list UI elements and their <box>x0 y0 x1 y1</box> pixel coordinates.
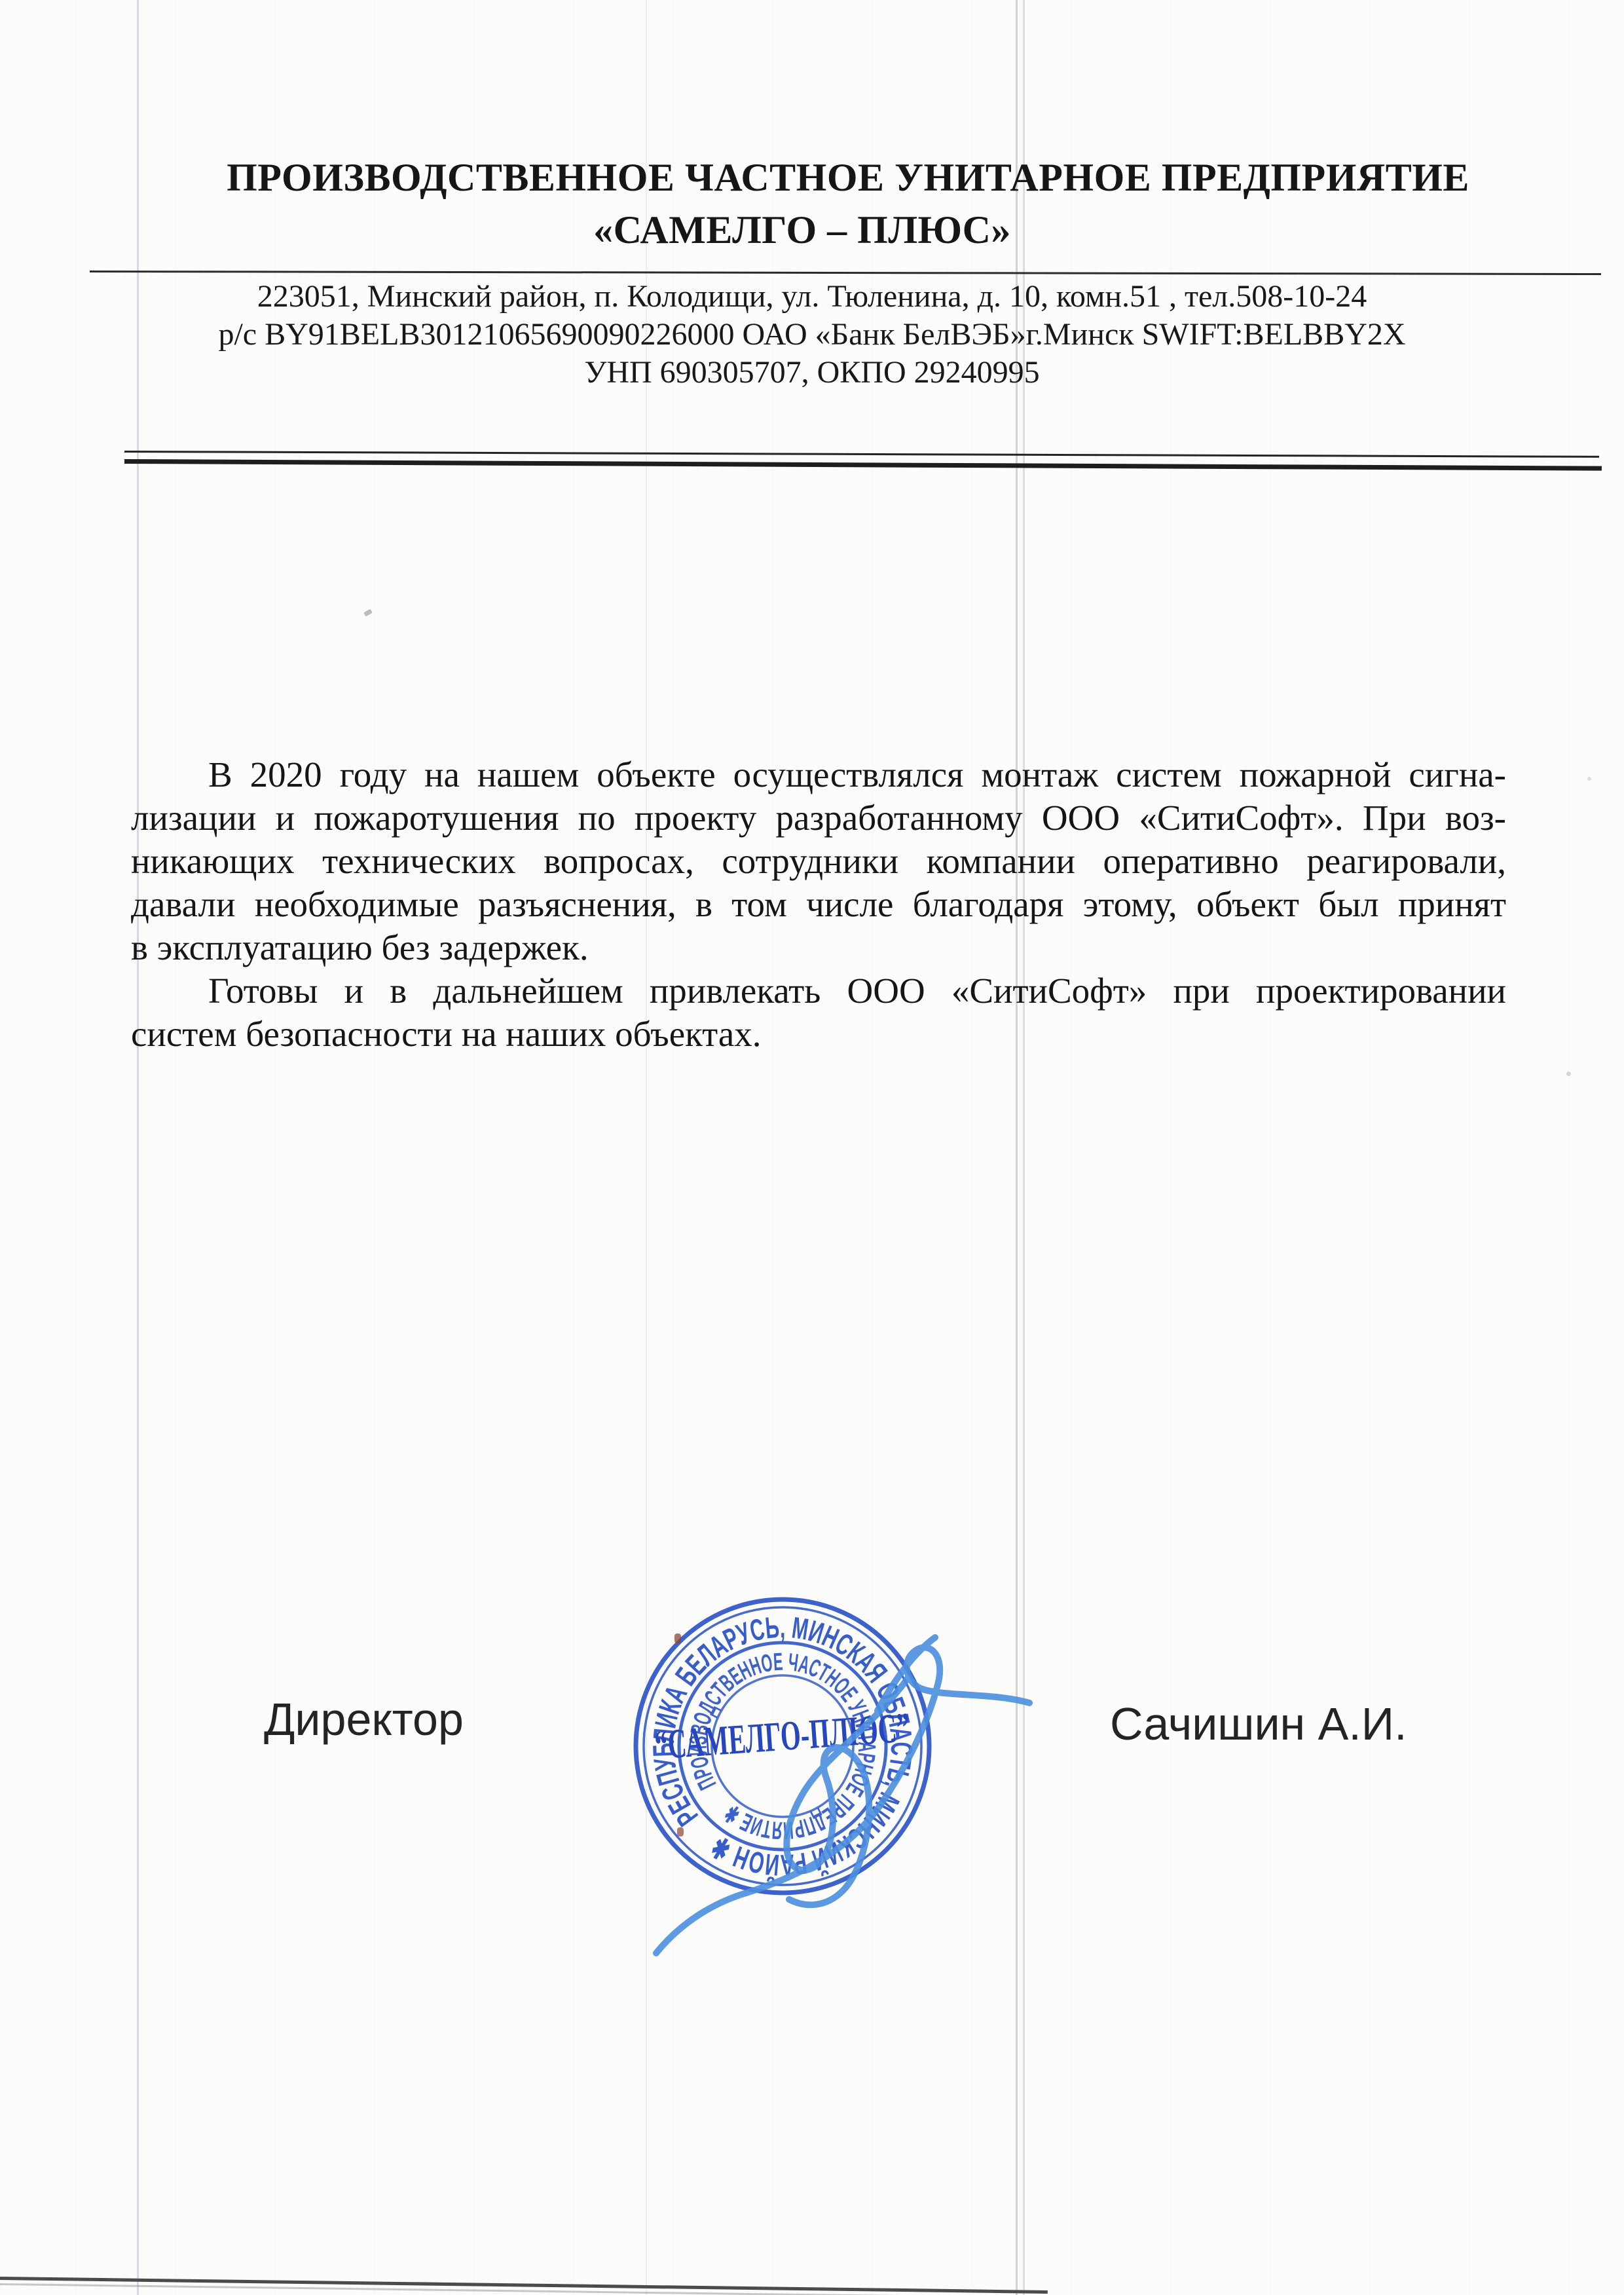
signer-role-label: Директор <box>264 1693 464 1745</box>
body-line: никающих технических вопросах, сотрудник… <box>131 840 1506 883</box>
scanned-letter-page: ПРОИЗВОДСТВЕННОЕ ЧАСТНОЕ УНИТАРНОЕ ПРЕДП… <box>0 0 1624 2295</box>
letterhead-double-rule-top <box>124 451 1599 458</box>
body-line: давали необходимые разъяснения, в том чи… <box>131 883 1506 926</box>
company-seal: РЕСПУБЛИКА БЕЛАРУСЬ, МИНСКАЯ ОБЛАСТЬ, МИ… <box>589 1546 1126 1978</box>
scan-speck <box>363 608 373 616</box>
seal-ink-speck <box>674 1633 681 1643</box>
body-line: В 2020 году на нашем объекте осуществлял… <box>131 753 1506 796</box>
seal-ink-speck <box>677 1827 684 1837</box>
company-title-line-1: ПРОИЗВОДСТВЕННОЕ ЧАСТНОЕ УНИТАРНОЕ ПРЕДП… <box>85 156 1611 199</box>
body-line: в эксплуатацию без задержек. <box>131 926 1506 969</box>
scan-speck <box>1566 1072 1571 1076</box>
scan-speck <box>1587 777 1591 781</box>
company-title-line-2: «САМЕЛГО – ПЛЮС» <box>39 208 1565 252</box>
body-line: систем безопасности на наших объектах. <box>131 1013 1506 1056</box>
address-line: 223051, Минский район, п. Колодищи, ул. … <box>65 278 1559 316</box>
address-line: УНП 690305707, ОКПО 29240995 <box>65 354 1559 392</box>
letterhead-divider <box>90 271 1601 275</box>
company-address-block: 223051, Минский район, п. Колодищи, ул. … <box>65 278 1559 392</box>
body-line: Готовы и в дальнейшем привлекать ООО «Си… <box>131 969 1506 1013</box>
body-line: лизации и пожаротушения по проекту разра… <box>131 796 1506 840</box>
address-line: р/с BY91BELB30121065690090226000 ОАО «Ба… <box>65 316 1559 354</box>
signer-name-label: Сачишин А.И. <box>1110 1698 1407 1750</box>
letter-body: В 2020 году на нашем объекте осуществлял… <box>131 753 1506 1056</box>
letterhead-double-rule-bottom <box>124 459 1602 471</box>
